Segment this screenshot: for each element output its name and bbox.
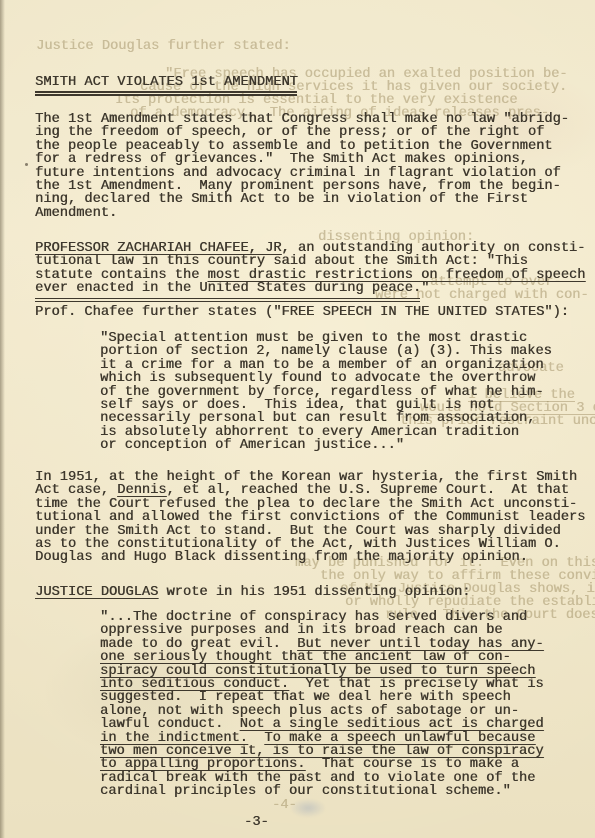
text-line: spiracy could constitutionally be used t… xyxy=(100,665,544,678)
text-line: Douglas and Hugo Black dissenting from t… xyxy=(35,551,585,564)
text-line: cardinal principles of our constitutiona… xyxy=(100,785,544,798)
text-line: it a crime for a man to be a member of a… xyxy=(100,359,552,372)
text-line: ing the freedom of speech, or of the pre… xyxy=(35,126,569,139)
text-line: which is subsequently found to advocate … xyxy=(100,372,552,385)
text-line: ever enacted in the United States during… xyxy=(35,282,585,295)
text-line: as to the constitutionality of the Act, … xyxy=(35,538,585,551)
text-line: tutional law in this country said about … xyxy=(35,255,585,268)
text-line: for a redress of grievances." The Smith … xyxy=(35,153,569,166)
text-run: " xyxy=(421,281,429,296)
text-line: future intentions and advocacy criminal … xyxy=(35,167,569,180)
text-line: PROFESSOR ZACHARIAH CHAFEE, JR, an outst… xyxy=(35,242,585,255)
douglas-heading: JUSTICE DOUGLAS wrote in his 1951 dissen… xyxy=(35,586,470,599)
text-line: two men conceive it, is to raise the law… xyxy=(100,745,544,758)
text-line: suggested. I repeat that we deal here wi… xyxy=(100,691,544,704)
text-line: ning, declared the Smith Act to be in vi… xyxy=(35,193,569,206)
text-line: Prof. Chafee further states ("FREE SPEEC… xyxy=(35,306,569,319)
typewritten-text-layer: SMITH ACT VIOLATES 1st AMENDMENTThe 1st … xyxy=(0,0,595,838)
text-run: cardinal principles of our constitutiona… xyxy=(100,784,511,799)
text-line: tutional and allowed the first convictio… xyxy=(35,511,585,524)
text-line: time the Court refused the plea to decla… xyxy=(35,498,585,511)
chafee-source-line: Prof. Chafee further states ("FREE SPEEC… xyxy=(35,306,569,319)
text-run: Prof. Chafee further states ("FREE SPEEC… xyxy=(35,305,569,320)
intro-paragraph: The 1st Amendment states that Congress s… xyxy=(35,113,569,220)
text-line: alone, not with speech plus acts of sabo… xyxy=(100,705,544,718)
text-line: "...The doctrine of conspiracy has serve… xyxy=(100,611,544,624)
text-line: made to do great evil. But never until t… xyxy=(100,638,544,651)
text-line: The 1st Amendment states that Congress s… xyxy=(35,113,569,126)
text-line: Amendment. xyxy=(35,207,569,220)
text-line: self says or does. This idea, that guilt… xyxy=(100,399,552,412)
scanned-page: Justice Douglas further stated:"Free spe… xyxy=(0,0,595,838)
text-line: or conception of American justice..." xyxy=(100,439,552,452)
text-line: the people peaceably to assemble and to … xyxy=(35,140,569,153)
page-number: -3- xyxy=(244,815,269,830)
text-line: oppressive purposes and in its broad rea… xyxy=(100,624,544,637)
text-line: one seriously thought that the ancient l… xyxy=(100,651,544,664)
text-line: necessarily personal but can result from… xyxy=(100,412,552,425)
text-line: In 1951, at the height of the Korean war… xyxy=(35,471,585,484)
main-heading: SMITH ACT VIOLATES 1st AMENDMENT xyxy=(35,76,298,89)
text-run: Douglas and Hugo Black dissenting from t… xyxy=(35,550,528,565)
chafee-quote: "Special attention must be given to the … xyxy=(100,332,552,453)
text-line: into seditious conduct. Yet that is prec… xyxy=(100,678,544,691)
text-line: to appalling proportions. That course is… xyxy=(100,758,544,771)
underlined-text: SMITH ACT VIOLATES 1st AMENDMENT xyxy=(35,75,298,90)
douglas-quote: "...The doctrine of conspiracy has serve… xyxy=(100,611,544,798)
underlined-text: ever enacted in the United States during… xyxy=(35,281,421,296)
text-line: under the Smith Act to stand. But the Co… xyxy=(35,525,585,538)
text-line: the 1st Amendment. Many prominent person… xyxy=(35,180,569,193)
text-line: SMITH ACT VIOLATES 1st AMENDMENT xyxy=(35,76,298,89)
text-run: wrote in his 1951 dissenting opinion: xyxy=(158,585,470,600)
text-line: "Special attention must be given to the … xyxy=(100,332,552,345)
text-run: Amendment. xyxy=(35,206,117,221)
chafee-paragraph: PROFESSOR ZACHARIAH CHAFEE, JR, an outst… xyxy=(35,242,585,296)
underlined-text: JUSTICE DOUGLAS xyxy=(35,585,158,600)
text-line: radical break with the past and to viola… xyxy=(100,772,544,785)
dennis-paragraph: In 1951, at the height of the Korean war… xyxy=(35,471,585,565)
text-line: is absolutely abhorrent to every America… xyxy=(100,426,552,439)
text-run: or conception of American justice..." xyxy=(100,438,404,453)
text-line: Act case, Dennis, et al, reached the U.S… xyxy=(35,484,585,497)
text-line: of the government by force, regardless o… xyxy=(100,386,552,399)
text-line: in the indictment. To make a speech unla… xyxy=(100,732,544,745)
text-line: lawful conduct. Not a single seditious a… xyxy=(100,718,544,731)
text-line: portion of section 2, namely clause (a) … xyxy=(100,345,552,358)
text-line: JUSTICE DOUGLAS wrote in his 1951 dissen… xyxy=(35,586,470,599)
